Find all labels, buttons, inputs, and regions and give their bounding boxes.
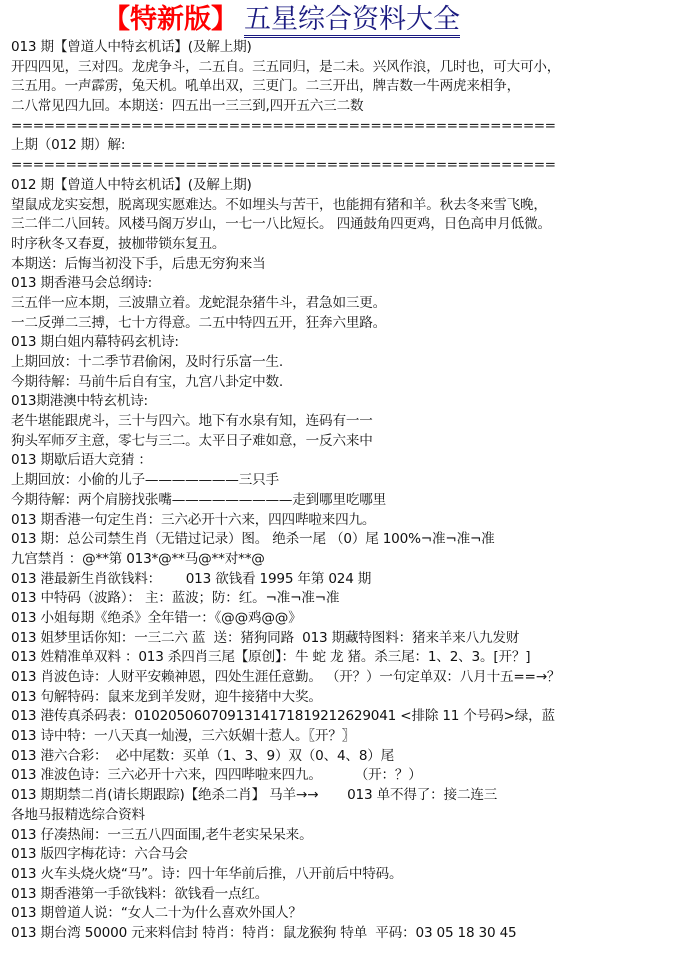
section-heading: 013 期【曾道人中特玄机话】(及解上期) bbox=[11, 38, 690, 58]
text-line: 老牛堪能跟虎斗，三十与四六。地下有水泉有知，连码有一一 bbox=[11, 412, 690, 432]
text-line: 上期回放：小偷的儿子———————三只手 bbox=[11, 471, 690, 491]
text-line: 013 版四字梅花诗：六合马会 bbox=[11, 845, 690, 865]
text-line: 三五用。一声霹雳，兔天机。吼单出双，三更门。二三开出，牌吉数一牛两虎来相争， bbox=[11, 77, 690, 97]
page-title: 【特新版】五星综合资料大全 bbox=[103, 2, 460, 38]
text-line: 一二反弹二三搏，七十方得意。二五中特四五开，狂奔六里路。 bbox=[11, 314, 690, 334]
text-line: 013 中特码（波路）： 主：蓝波；防：红。¬准¬准¬准 bbox=[11, 589, 690, 609]
section-heading: 013 期白姐内幕特码玄机诗: bbox=[11, 333, 690, 353]
title-badge: 【特新版】 bbox=[103, 4, 238, 35]
title-link[interactable]: 五星综合资料大全 bbox=[244, 4, 460, 38]
text-line: 013 小姐每期《绝杀》全年错一：《@@鸡@@》 bbox=[11, 609, 690, 629]
section-heading: 各地马报精选综合资料 bbox=[11, 806, 690, 826]
text-line: 013 期期禁二肖(请长期跟踪)【绝杀二肖】 马羊→→ 013 单不得了：接二连… bbox=[11, 786, 690, 806]
text-line: 013 姐梦里话你知：一三二六 蓝 送：猪狗同路 013 期藏特图料：猪来羊来八… bbox=[11, 629, 690, 649]
section-heading: 013期港澳中特玄机诗: bbox=[11, 392, 690, 412]
section-heading: 013 期歇后语大竞猜 ： bbox=[11, 451, 690, 471]
text-line: 三五伴一应本期，三波鼎立着。龙蛇混杂猪牛斗，君急如三更。 bbox=[11, 294, 690, 314]
section-heading: 上期（012 期）解: bbox=[11, 136, 690, 156]
text-line: 望鼠成龙实妄想，脱离现实愿难达。不如埋头与苦干，也能拥有猪和羊。秋去冬来雪飞晚， bbox=[11, 196, 690, 216]
text-line: 013 句解特码：鼠来龙到羊发财，迎牛接猪中大奖。 bbox=[11, 688, 690, 708]
text-line: 狗头军师歹主意，零七与三二。太平日子难如意，一反六来中 bbox=[11, 432, 690, 452]
section-heading: 012 期【曾道人中特玄机话】(及解上期) bbox=[11, 176, 690, 196]
text-line: 今期待解：马前牛后自有宝，九宫八卦定中数. bbox=[11, 373, 690, 393]
text-line: 013 期台湾 50000 元来料信封 特肖：特肖：鼠龙猴狗 特单 平码：03 … bbox=[11, 924, 690, 944]
text-line: 013 姓精准单双料 ：013 杀四肖三尾【原创】：牛 蛇 龙 猪。杀三尾：1、… bbox=[11, 648, 690, 668]
text-line: 013 期曾道人说：“女人二十为什么喜欢外国人？ bbox=[11, 904, 690, 924]
text-line: 时序秋冬又春夏，披枷带锁东复丑。 bbox=[11, 235, 690, 255]
document-body: 013 期【曾道人中特玄机话】(及解上期) 开四四见，三对四。龙虎争斗，二五自。… bbox=[11, 38, 690, 944]
text-line: 三二伴二八回转。风楼马阁万岁山，一七一八比短长。 四通鼓角四更鸡，日色高申月低微… bbox=[11, 215, 690, 235]
text-line: 九宫禁肖 ：@**第 013*@**马@**对**@ bbox=[11, 550, 690, 570]
text-line: 本期送：后悔当初没下手，后患无穷狗来当 bbox=[11, 255, 690, 275]
text-line: 013 诗中特：一八天真一灿漫，三六妖媚十惹人。〖开？〗 bbox=[11, 727, 690, 747]
text-line: 013 火车头烧火烧“马”。诗：四十年华前后推，八开前后中特码。 bbox=[11, 865, 690, 885]
text-line: 013 港传真杀码表：01020506070913141718192126290… bbox=[11, 707, 690, 727]
text-line: 013 准波色诗：三六必开十六来，四四哔啦来四九。 （开：？） bbox=[11, 766, 690, 786]
section-heading: 013 期香港马会总纲诗: bbox=[11, 274, 690, 294]
text-line: 013 肖波色诗：人财平安赖神恩，四处生涯任意勤。 （开？）一句定单双：八月十五… bbox=[11, 668, 690, 688]
text-line: 013 期香港一句定生肖：三六必开十六来，四四哔啦来四九。 bbox=[11, 511, 690, 531]
separator: ========================================… bbox=[11, 117, 690, 137]
text-line: 今期待解：两个肩膀找张嘴—————————走到哪里吃哪里 bbox=[11, 491, 690, 511]
text-line: 013 期：总公司禁生肖（无错过记录）图。 绝杀一尾 （0）尾 100%¬准¬准… bbox=[11, 530, 690, 550]
text-line: 013 期香港第一手欲钱料：欲钱看一点红。 bbox=[11, 885, 690, 905]
text-line: 013 仔凑热闹：一三五八四面围,老牛老实呆呆来。 bbox=[11, 826, 690, 846]
text-line: 013 港六合彩： 必中尾数：买单（1、3、9）双（0、4、8）尾 bbox=[11, 747, 690, 767]
text-line: 开四四见，三对四。龙虎争斗，二五自。三五同归，是二未。兴风作浪，几时也，可大可小… bbox=[11, 58, 690, 78]
separator: ========================================… bbox=[11, 156, 690, 176]
text-line: 上期回放：十二季节君偷闲，及时行乐富一生. bbox=[11, 353, 690, 373]
text-line: 二八常见四九回。本期送：四五出一三三到,四开五六三二数 bbox=[11, 97, 690, 117]
text-line: 013 港最新生肖欲钱料： 013 欲钱看 1995 年第 024 期 bbox=[11, 570, 690, 590]
